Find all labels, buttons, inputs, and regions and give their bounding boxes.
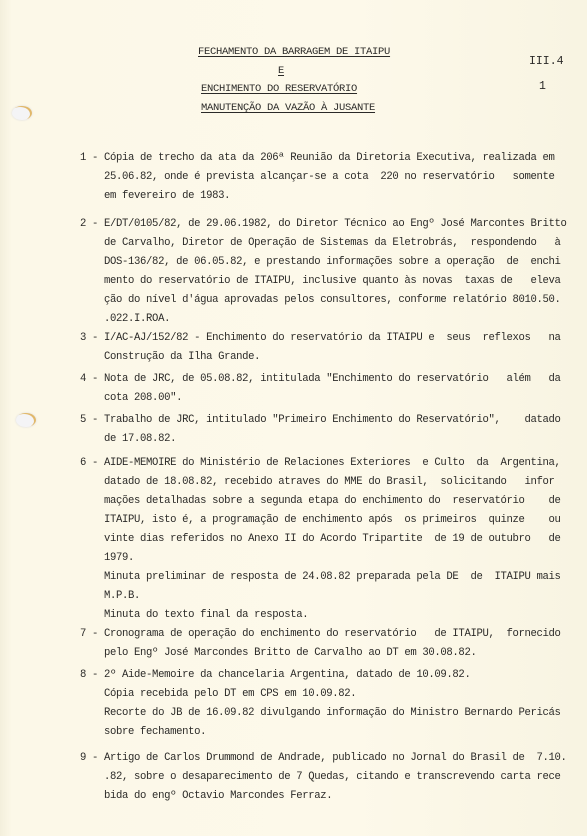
item-line: Minuta preliminar de resposta de 24.08.8… bbox=[104, 571, 561, 583]
item-line: Cópia de trecho da ata da 206ª Reunião d… bbox=[104, 152, 555, 164]
item-line: Minuta do texto final da resposta. bbox=[104, 609, 308, 621]
page-number: 1 bbox=[539, 80, 546, 93]
item-line: em fevereiro de 1983. bbox=[104, 190, 230, 202]
item-number: 9 - bbox=[80, 752, 98, 764]
item-number: 1 - bbox=[80, 152, 98, 164]
item-line: datado de 18.08.82, recebido atraves do … bbox=[104, 476, 555, 488]
header-title-line-4: MANUTENÇÃO DA VAZÃO À JUSANTE bbox=[201, 102, 375, 114]
item-line: Artigo de Carlos Drummond de Andrade, pu… bbox=[104, 752, 567, 764]
item-number: 4 - bbox=[80, 373, 98, 385]
item-line: Cópia recebida pelo DT em CPS em 10.09.8… bbox=[104, 688, 356, 700]
header-title-line-2: E bbox=[278, 65, 284, 77]
item-line: DOS-136/82, de 06.05.82, e prestando inf… bbox=[104, 256, 561, 268]
item-line: de 17.08.82. bbox=[104, 433, 176, 445]
item-line: Trabalho de JRC, intitulado "Primeiro En… bbox=[104, 414, 561, 426]
item-line: Construção da Ilha Grande. bbox=[104, 351, 260, 363]
item-number: 7 - bbox=[80, 628, 98, 640]
item-line: 25.06.82, onde é prevista alcançar-se a … bbox=[104, 171, 555, 183]
item-line: sobre fechamento. bbox=[104, 726, 206, 738]
item-line: Nota de JRC, de 05.08.82, intitulada "En… bbox=[104, 373, 561, 385]
item-number: 5 - bbox=[80, 414, 98, 426]
header-title-line-1: FECHAMENTO DA BARRAGEM DE ITAIPU bbox=[198, 46, 390, 58]
document-page: FECHAMENTO DA BARRAGEM DE ITAIPU E ENCHI… bbox=[0, 0, 587, 836]
item-line: .022.I.ROA. bbox=[104, 313, 170, 325]
item-line: .82, sobre o desaparecimento de 7 Quedas… bbox=[104, 771, 561, 783]
item-number: 3 - bbox=[80, 332, 98, 344]
punch-hole bbox=[12, 106, 32, 120]
item-line: mações detalhadas sobre a segunda etapa … bbox=[104, 495, 561, 507]
header-title-line-3: ENCHIMENTO DO RESERVATÓRIO bbox=[201, 83, 357, 95]
item-line: bida do engº Octavio Marcondes Ferraz. bbox=[104, 790, 332, 802]
item-number: 6 - bbox=[80, 457, 98, 469]
item-line: de Carvalho, Diretor de Operação de Sist… bbox=[104, 237, 561, 249]
item-line: M.P.B. bbox=[104, 590, 140, 602]
item-line: 1979. bbox=[104, 552, 134, 564]
item-line: E/DT/0105/82, de 29.06.1982, do Diretor … bbox=[104, 218, 567, 230]
item-line: Recorte do JB de 16.09.82 divulgando inf… bbox=[104, 707, 561, 719]
item-line: AIDE-MEMOIRE do Ministério de Relaciones… bbox=[104, 457, 561, 469]
item-line: Cronograma de operação do enchimento do … bbox=[104, 628, 561, 640]
section-reference: III.4 bbox=[529, 55, 564, 68]
item-number: 8 - bbox=[80, 669, 98, 681]
item-line: ITAIPU, isto é, a programação de enchime… bbox=[104, 514, 561, 526]
punch-hole bbox=[16, 413, 36, 427]
item-line: vinte dias referidos no Anexo II do Acor… bbox=[104, 533, 561, 545]
item-line: cota 208.00". bbox=[104, 392, 182, 404]
item-line: 2º Aide-Memoire da chancelaria Argentina… bbox=[104, 669, 470, 681]
item-number: 2 - bbox=[80, 218, 98, 230]
item-line: pelo Engº José Marcondes Britto de Carva… bbox=[104, 647, 476, 659]
item-line: mento do reservatório de ITAIPU, inclusi… bbox=[104, 275, 561, 287]
item-line: I/AC-AJ/152/82 - Enchimento do reservató… bbox=[104, 332, 561, 344]
item-line: ção do nível d'água aprovadas pelos cons… bbox=[104, 294, 561, 306]
